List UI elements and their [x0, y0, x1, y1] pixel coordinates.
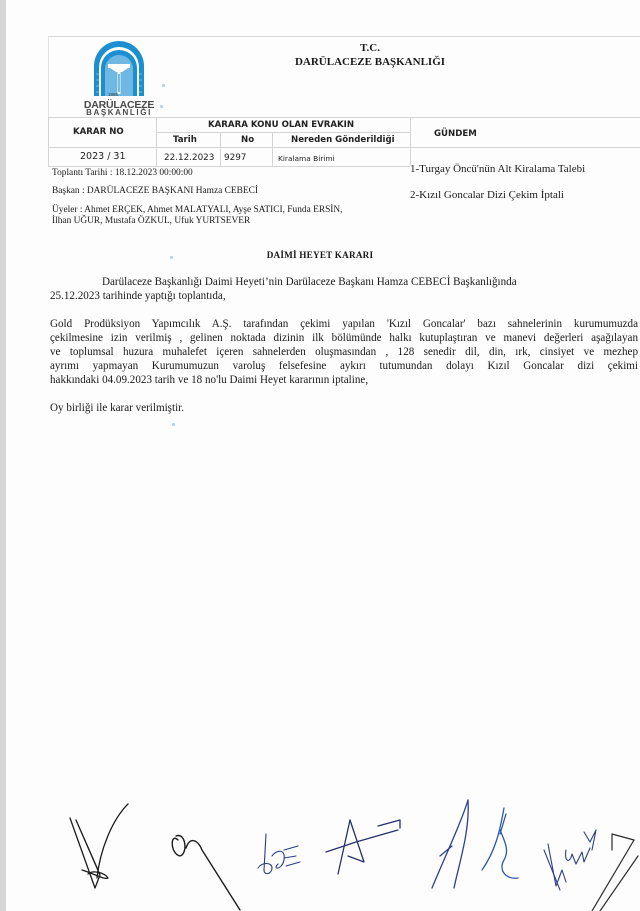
decision-conclusion: Oy birliği ile karar verilmiştir. [50, 401, 638, 415]
members-line1: Üyeler : Ahmet ERÇEK, Ahmet MALATYALI, A… [52, 205, 343, 215]
header-nereden: Nereden Gönderildiği [291, 135, 395, 145]
agenda-item-2: 2-Kızıl Goncalar Dizi Çekim İptali [410, 189, 564, 201]
decision-body-line: çekilmesine izin verilmiş , gelinen nokt… [50, 331, 638, 345]
organization-heading: DARÜLACEZE BAŞKANLIĞI [270, 56, 470, 68]
decision-body-line: ayrımı yapmayan Kurumumuzun varoluş fels… [50, 359, 638, 373]
scan-speck [162, 84, 165, 87]
meeting-date: Toplantı Tarihi : 18.12.2023 00:00:00 [52, 168, 193, 178]
signature-1 [70, 804, 128, 888]
table-row-bottom [48, 166, 410, 167]
decision-body-line: ve toplumsal huzura muhalefet içeren sah… [50, 345, 638, 359]
table-header-bottom [48, 147, 640, 148]
scan-speck [160, 105, 163, 108]
table-col-divider [220, 132, 221, 166]
signature-6 [482, 808, 518, 878]
scan-speck [170, 256, 173, 259]
cell-tarih: 22.12.2023 [164, 153, 214, 163]
table-col-divider [156, 117, 157, 166]
decision-intro-line1: Darülaceze Başkanlığı Daimi Heyeti’nin D… [102, 276, 517, 288]
table-subheader-line [156, 132, 410, 133]
agenda-item-1: 1-Turgay Öncü'nün Alt Kiralama Talebi [410, 163, 585, 175]
logo-year: 1895 [108, 92, 118, 97]
signature-8 [592, 834, 638, 911]
decision-body-line: Gold Prodüksiyon Yapımcılık A.Ş. tarafın… [50, 317, 638, 331]
table-col-divider [410, 117, 411, 166]
header-tarih: Tarih [173, 135, 197, 145]
signature-4 [326, 820, 400, 874]
cell-nereden: Kiralama Birimi [278, 154, 335, 163]
chairman: Başkan : DARÜLACEZE BAŞKANI Hamza CEBECİ [52, 186, 258, 196]
decision-intro-line2: 25.12.2023 tarihinde yaptığı toplantıda, [50, 290, 226, 302]
table-border-top [48, 117, 640, 118]
cell-karar-no: 2023 / 31 [80, 151, 126, 162]
header-karar-no: KARAR NO [73, 127, 124, 137]
signature-5 [432, 800, 468, 888]
table-col-divider [272, 132, 273, 166]
signature-3 [258, 834, 300, 874]
header-no: No [241, 135, 254, 145]
header-gundem: GÜNDEM [434, 129, 477, 139]
header-evrak-group: KARARA KONU OLAN EVRAKIN [208, 120, 354, 130]
scan-speck [172, 423, 175, 426]
members-line2: İlhan UĞUR, Mustafa ÖZKUL, Ufuk YURTSEVE… [52, 216, 250, 226]
signature-2 [172, 836, 240, 910]
decision-title: DAİMİ HEYET KARARI [0, 250, 640, 260]
tc-heading: T.C. [300, 42, 440, 54]
logo-text-line2: BAŞKANLIĞI [83, 108, 155, 117]
decision-body-line: hakkındaki 04.09.2023 tarih ve 18 no'lu … [50, 373, 638, 387]
table-border-left [48, 117, 49, 166]
cell-no: 9297 [224, 153, 246, 163]
signature-7 [544, 830, 596, 890]
signatures-area [0, 770, 640, 911]
